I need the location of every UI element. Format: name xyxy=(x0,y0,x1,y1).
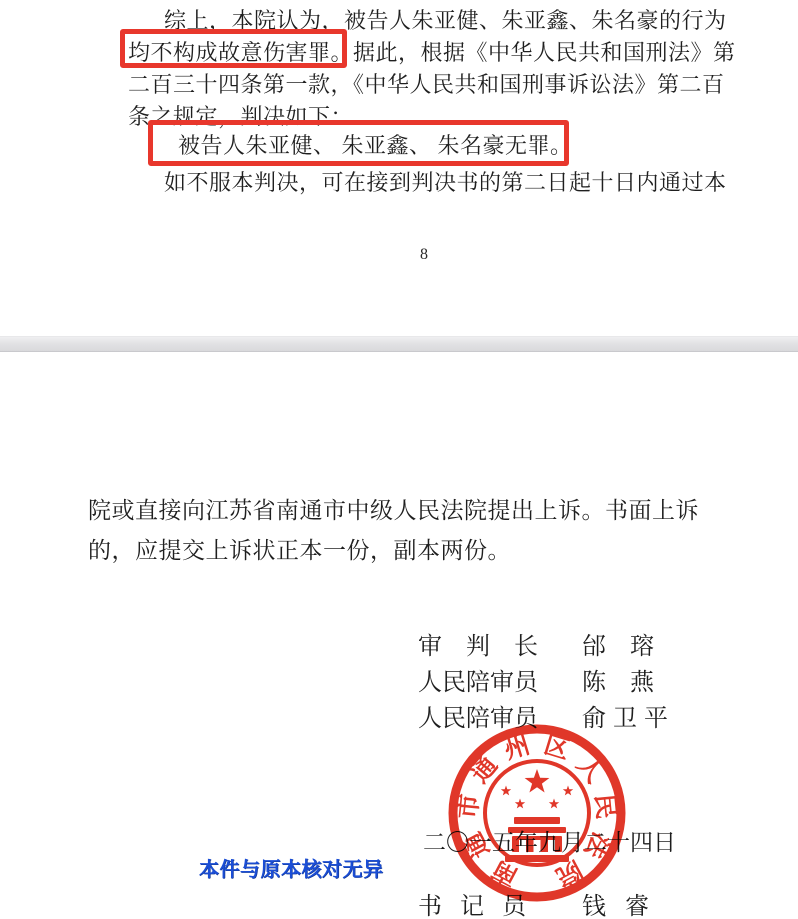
signature-row-presiding-judge: 审判长 邰瑢 xyxy=(418,626,678,661)
signature-role: 审判长 xyxy=(418,626,576,661)
appeal-rights-line: 如不服本判决，可在接到判决书的第二日起十日内通过本 xyxy=(164,170,727,196)
highlight-box-acquittal-verdict xyxy=(148,120,569,166)
signature-name: 陈燕 xyxy=(582,670,678,696)
signature-row-assessor-1: 人民陪审员 陈燕 xyxy=(418,662,678,697)
star-icon xyxy=(501,786,511,796)
star-icon xyxy=(525,769,550,793)
tiananmen-gate-shape xyxy=(505,817,569,862)
national-emblem-icon xyxy=(485,761,589,865)
judgment-line: 二百三十四条第一款，《中华人民共和国刑事诉讼法》第二百 xyxy=(128,72,725,98)
page-separator xyxy=(0,336,798,352)
star-icon xyxy=(515,799,525,809)
svg-text:市: 市 xyxy=(454,793,484,821)
court-seal: 南通市通州区人民法院 xyxy=(442,718,632,908)
star-icon xyxy=(549,799,559,809)
signature-name: 邰瑢 xyxy=(582,634,678,660)
scanned-court-judgment: 综上，本院认为，被告人朱亚健、朱亚鑫、朱名豪的行为 均不构成故意伤害罪。据此，根… xyxy=(0,0,798,919)
verification-stamp-text: 本件与原本核对无异 xyxy=(199,853,384,882)
star-icon xyxy=(563,786,573,796)
page-2: 院或直接向江苏省南通市中级人民法院提出上诉。书面上诉 的，应提交上诉状正本一份，… xyxy=(0,352,798,919)
appeal-instructions-line: 的，应提交上诉状正本一份，副本两份。 xyxy=(88,538,511,564)
signature-role: 人民陪审员 xyxy=(418,662,576,697)
page-number: 8 xyxy=(420,246,428,264)
page-1: 综上，本院认为，被告人朱亚健、朱亚鑫、朱名豪的行为 均不构成故意伤害罪。据此，根… xyxy=(0,0,798,336)
highlight-box-not-guilty-finding xyxy=(120,29,347,68)
svg-text:民: 民 xyxy=(590,793,620,821)
appeal-instructions-line: 院或直接向江苏省南通市中级人民法院提出上诉。书面上诉 xyxy=(88,498,699,524)
